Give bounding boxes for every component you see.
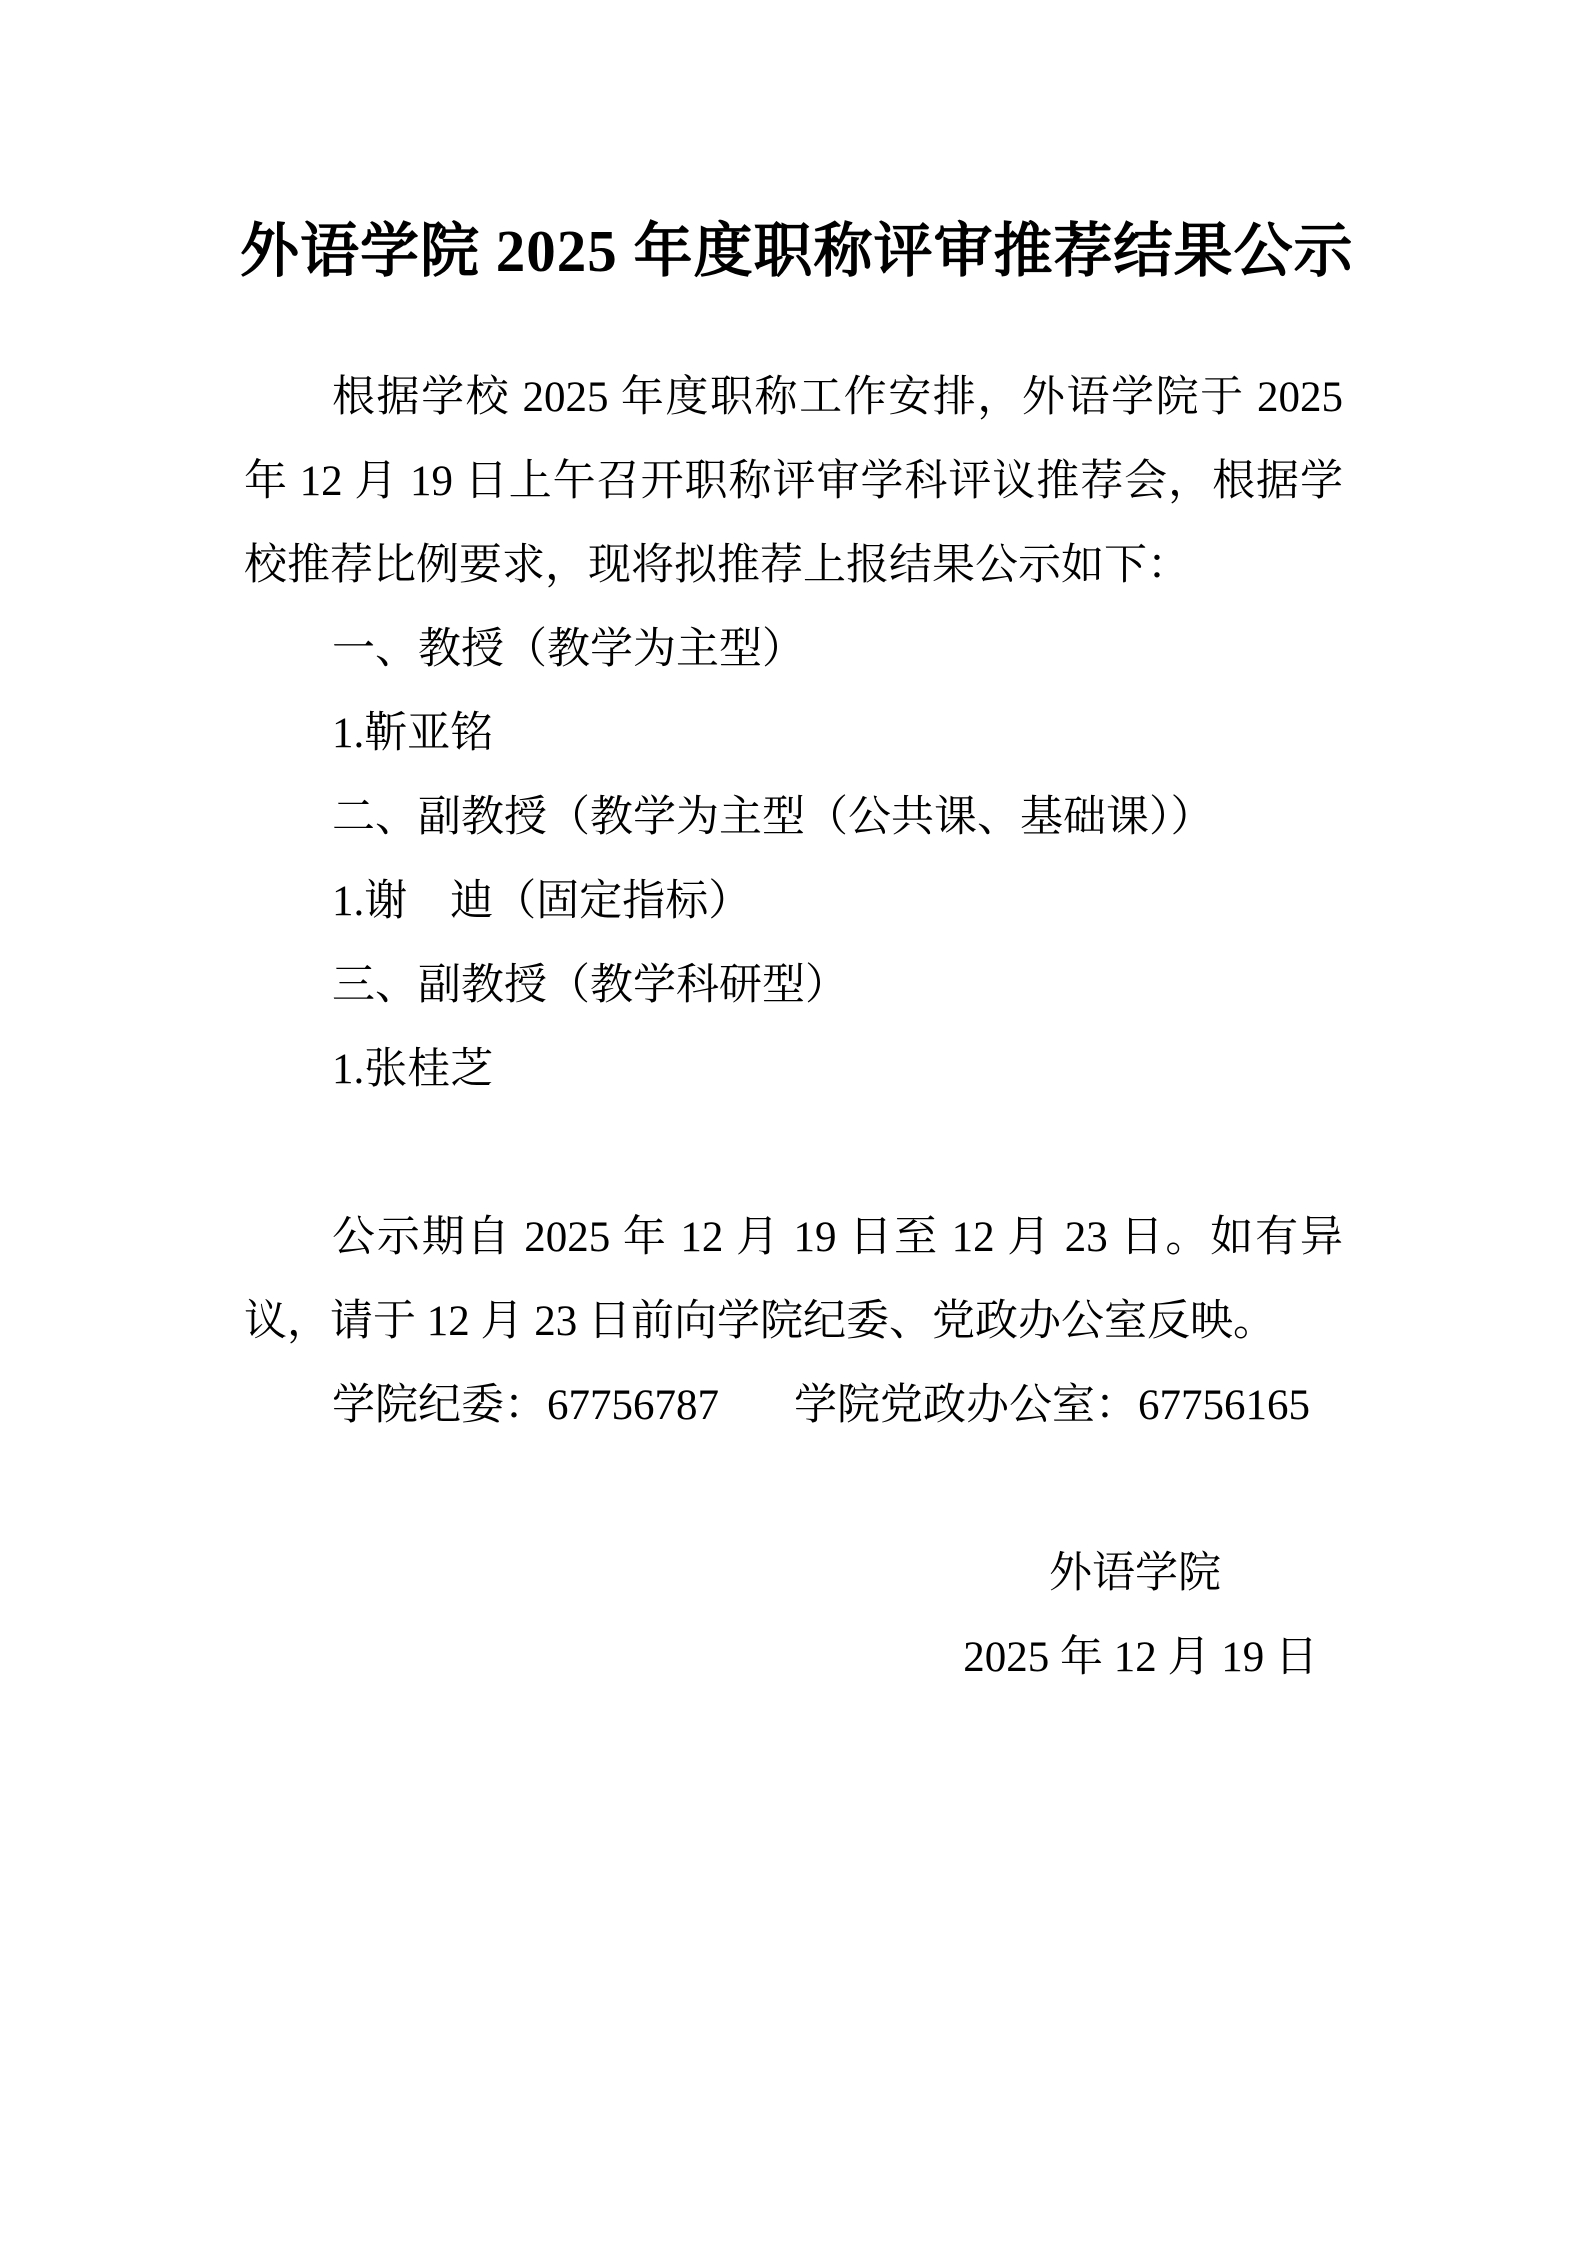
intro-line-1: 根据学校 2025 年度职称工作安排，外语学院于 2025 (244, 356, 1343, 440)
office-label: 学院党政办公室： (794, 1382, 1138, 1429)
page-title: 外语学院 2025 年度职称评审推荐结果公示 (240, 210, 1346, 292)
section-3-item-1: 1.张桂芝 (244, 1028, 1343, 1112)
notice-line-2: 议，请于 12 月 23 日前向学院纪委、党政办公室反映。 (244, 1280, 1343, 1364)
intro-line-3: 校推荐比例要求，现将拟推荐上报结果公示如下： (244, 524, 1343, 608)
section-3-heading: 三、副教授（教学科研型） (244, 944, 1343, 1028)
signature-date: 2025 年 12 月 19 日 (244, 1616, 1343, 1700)
section-1-item-1: 1.靳亚铭 (244, 692, 1343, 776)
notice-line-1: 公示期自 2025 年 12 月 19 日至 12 月 23 日。如有异 (244, 1196, 1343, 1280)
spacer-line (244, 1448, 1343, 1532)
discipline-committee-phone: 67756787 (547, 1382, 719, 1429)
discipline-committee-label: 学院纪委： (332, 1382, 547, 1429)
contacts-line: 学院纪委：67756787学院党政办公室：67756165 (244, 1364, 1343, 1448)
spacer-line (244, 1112, 1343, 1196)
section-2-item-1: 1.谢 迪（固定指标） (244, 860, 1343, 944)
section-2-heading: 二、副教授（教学为主型（公共课、基础课）） (244, 776, 1343, 860)
office-phone: 67756165 (1138, 1382, 1310, 1429)
intro-line-2: 年 12 月 19 日上午召开职称评审学科评议推荐会，根据学 (244, 440, 1343, 524)
document-body: 根据学校 2025 年度职称工作安排，外语学院于 2025 年 12 月 19 … (244, 356, 1343, 1700)
section-1-heading: 一、教授（教学为主型） (244, 608, 1343, 692)
signature-org: 外语学院 (244, 1532, 1343, 1616)
document-page: 外语学院 2025 年度职称评审推荐结果公示 根据学校 2025 年度职称工作安… (0, 0, 1586, 2245)
